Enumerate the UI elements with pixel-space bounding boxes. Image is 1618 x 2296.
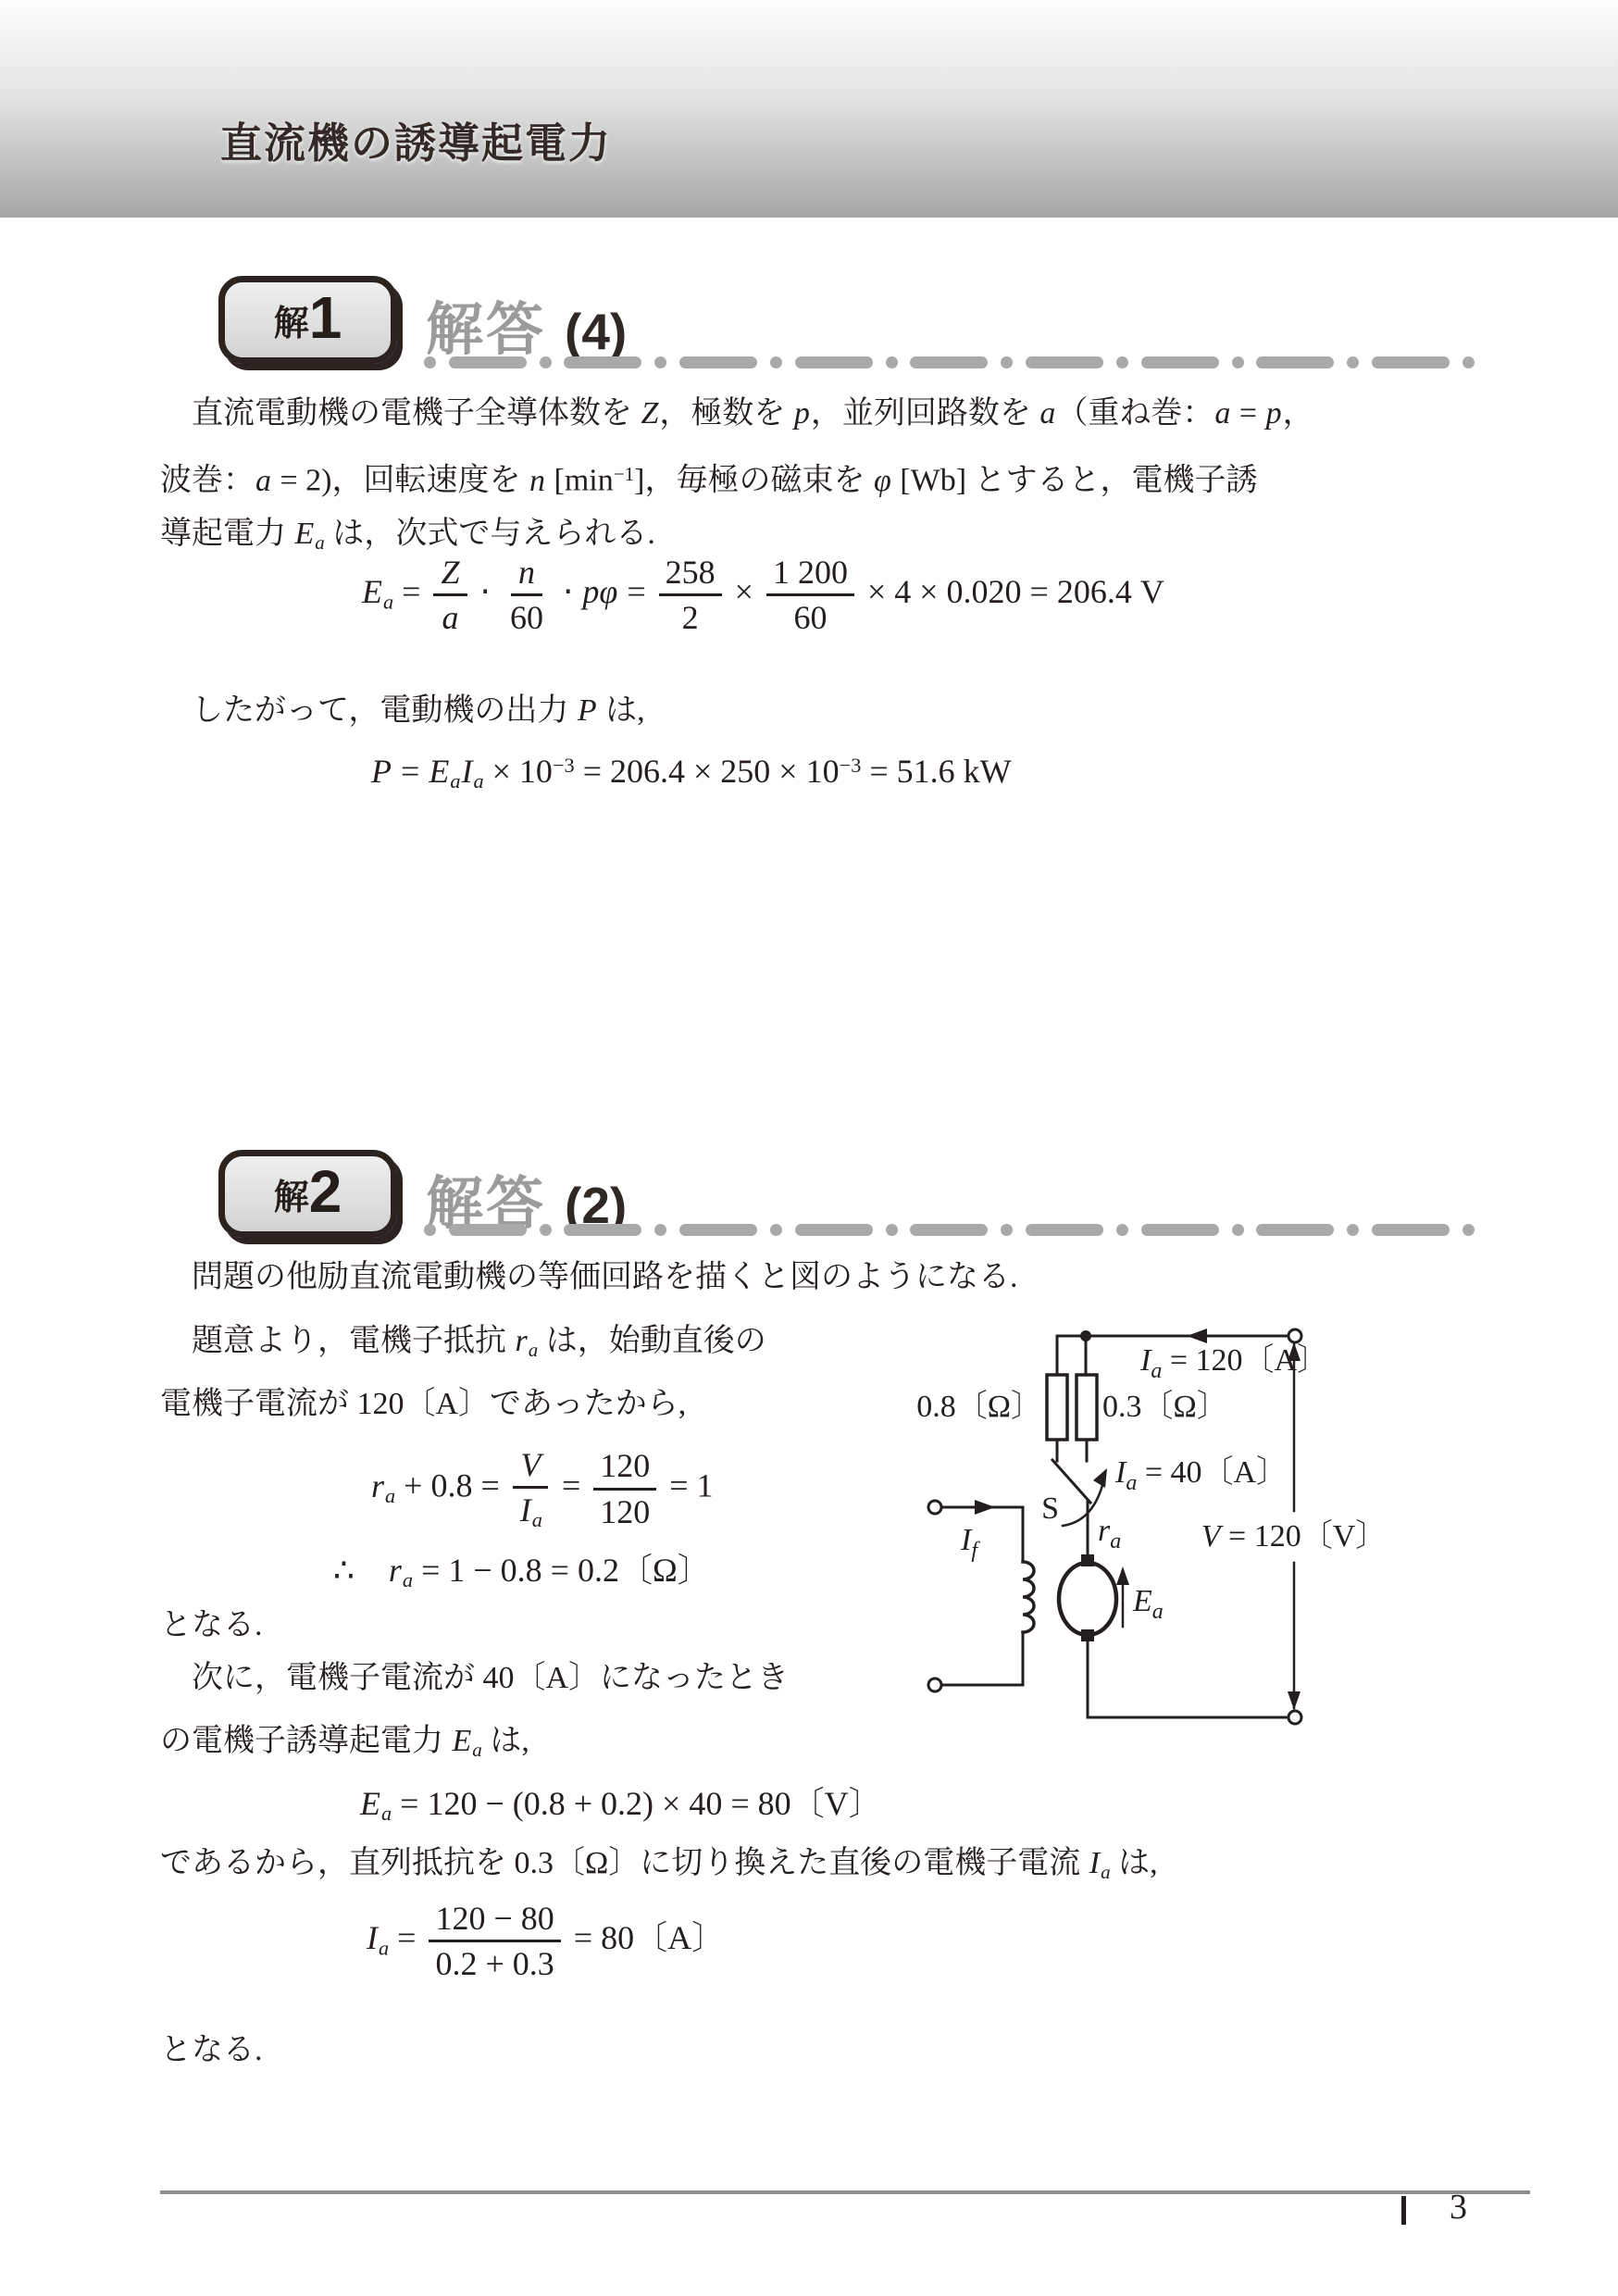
dashed-separator <box>424 356 1475 368</box>
label-switch: S <box>1041 1491 1059 1526</box>
s1-paragraph-line2: 波巻：a = 2)，回転速度を n [min−1]，毎極の磁束を φ [Wb] … <box>160 453 1258 503</box>
brush-bottom <box>1081 1629 1094 1641</box>
badge-number: 1 <box>309 288 342 347</box>
s1-paragraph-line4: したがって，電動機の出力 P は, <box>160 690 645 732</box>
s1-paragraph-line1: 直流電動機の電機子全導体数を Z，極数を p，並列回路数を a（重ね巻：a = … <box>160 393 1314 435</box>
junction-dot <box>1080 1330 1091 1341</box>
terminal-field-top <box>928 1501 941 1514</box>
label-armature-current-switched: Ia = 40〔A〕 <box>1114 1455 1288 1495</box>
label-armature-current-start: Ia = 120〔A〕 <box>1139 1343 1328 1383</box>
page-number: 3 <box>1450 2187 1467 2227</box>
label-resistor-right: 0.3〔Ω〕 <box>1102 1390 1228 1424</box>
dashed-separator <box>424 1224 1475 1236</box>
s2-paragraph-line6: の電機子誘導起電力 Ea は, <box>160 1720 529 1771</box>
heading-word: 解答 <box>426 283 546 366</box>
solution1-heading: 解答 (4) <box>426 283 627 366</box>
s2-paragraph-line8: となる. <box>160 2029 263 2072</box>
s2-paragraph-line2: 題意より，電機子抵抗 ra は，始動直後の <box>160 1320 766 1371</box>
label-armature-resistance: ra <box>1098 1514 1121 1554</box>
badge-number: 2 <box>309 1162 342 1221</box>
ea-arrow-head-icon <box>1116 1566 1129 1585</box>
label-resistor-left: 0.8〔Ω〕 <box>916 1390 1042 1424</box>
label-supply-voltage: V = 120〔V〕 <box>1201 1519 1388 1554</box>
s2-equation-ea: Ea = 120 − (0.8 + 0.2) × 40 = 80〔V〕 <box>359 1778 882 1826</box>
s1-equation-power: P = EaIa × 10−3 = 206.4 × 250 × 10−3 = 5… <box>370 752 1012 793</box>
terminal-top-right <box>1288 1329 1301 1342</box>
page-title: 直流機の誘導起電力 <box>220 109 612 169</box>
voltage-arrow-bottom-icon <box>1288 1691 1301 1710</box>
switch-motion-arrow-head-icon <box>1093 1468 1107 1488</box>
terminal-field-bottom <box>928 1678 941 1691</box>
field-coil-symbol <box>1023 1562 1034 1632</box>
solution1-badge: 解1 <box>218 276 397 364</box>
s2-paragraph-line5: 次に，電機子電流が 40〔A〕になったとき <box>160 1657 789 1700</box>
label-induced-emf: Ea <box>1132 1584 1164 1624</box>
motor-armature-symbol <box>1059 1563 1116 1635</box>
label-field-current: If <box>960 1523 980 1563</box>
heading-answer: (4) <box>565 302 627 361</box>
textbook-page: 直流機の誘導起電力 解1 解答 (4) 直流電動機の電機子全導体数を Z，極数を… <box>0 0 1618 2296</box>
s2-paragraph-line4: となる. <box>160 1604 263 1647</box>
equivalent-circuit-figure: Ia = 120〔A〕 0.8〔Ω〕 0.3〔Ω〕 Ia = 40〔A〕 S r… <box>912 1310 1393 1736</box>
terminal-bottom-right <box>1288 1711 1301 1724</box>
resistor-0.3-ohm-symbol <box>1077 1375 1097 1440</box>
s2-paragraph-line1: 問題の他励直流電動機の等価回路を描くと図のようになる. <box>160 1256 1018 1299</box>
field-current-arrow-icon <box>975 1500 995 1515</box>
brush-top <box>1081 1554 1094 1566</box>
current-arrow-left-icon <box>1187 1329 1207 1343</box>
solution2-badge: 解2 <box>218 1150 397 1238</box>
s1-equation-ea: Ea = Za ⋅ n60 ⋅ pφ = 2582 × 1 20060 × 4 … <box>361 554 1164 637</box>
s2-equation-ra-result: ∴ ra = 1 − 0.8 = 0.2〔Ω〕 <box>333 1544 711 1592</box>
s2-paragraph-line3: 電機子電流が 120〔A〕であったから, <box>160 1383 686 1426</box>
s2-equation-ra: ra + 0.8 = VIa = 120120 = 1 <box>370 1446 714 1532</box>
s2-paragraph-line7: であるから，直列抵抗を 0.3〔Ω〕に切り換えた直後の電機子電流 Ia は, <box>160 1842 1158 1893</box>
chapter-mark-bar <box>1401 2196 1406 2225</box>
badge-kanji: 解 <box>274 1168 309 1219</box>
badge-kanji: 解 <box>274 294 309 345</box>
resistor-0.8-ohm-symbol <box>1047 1375 1067 1440</box>
footer-rule <box>160 2190 1530 2194</box>
s2-equation-ia: Ia = 120 − 800.2 + 0.3 = 80〔A〕 <box>366 1900 725 1983</box>
